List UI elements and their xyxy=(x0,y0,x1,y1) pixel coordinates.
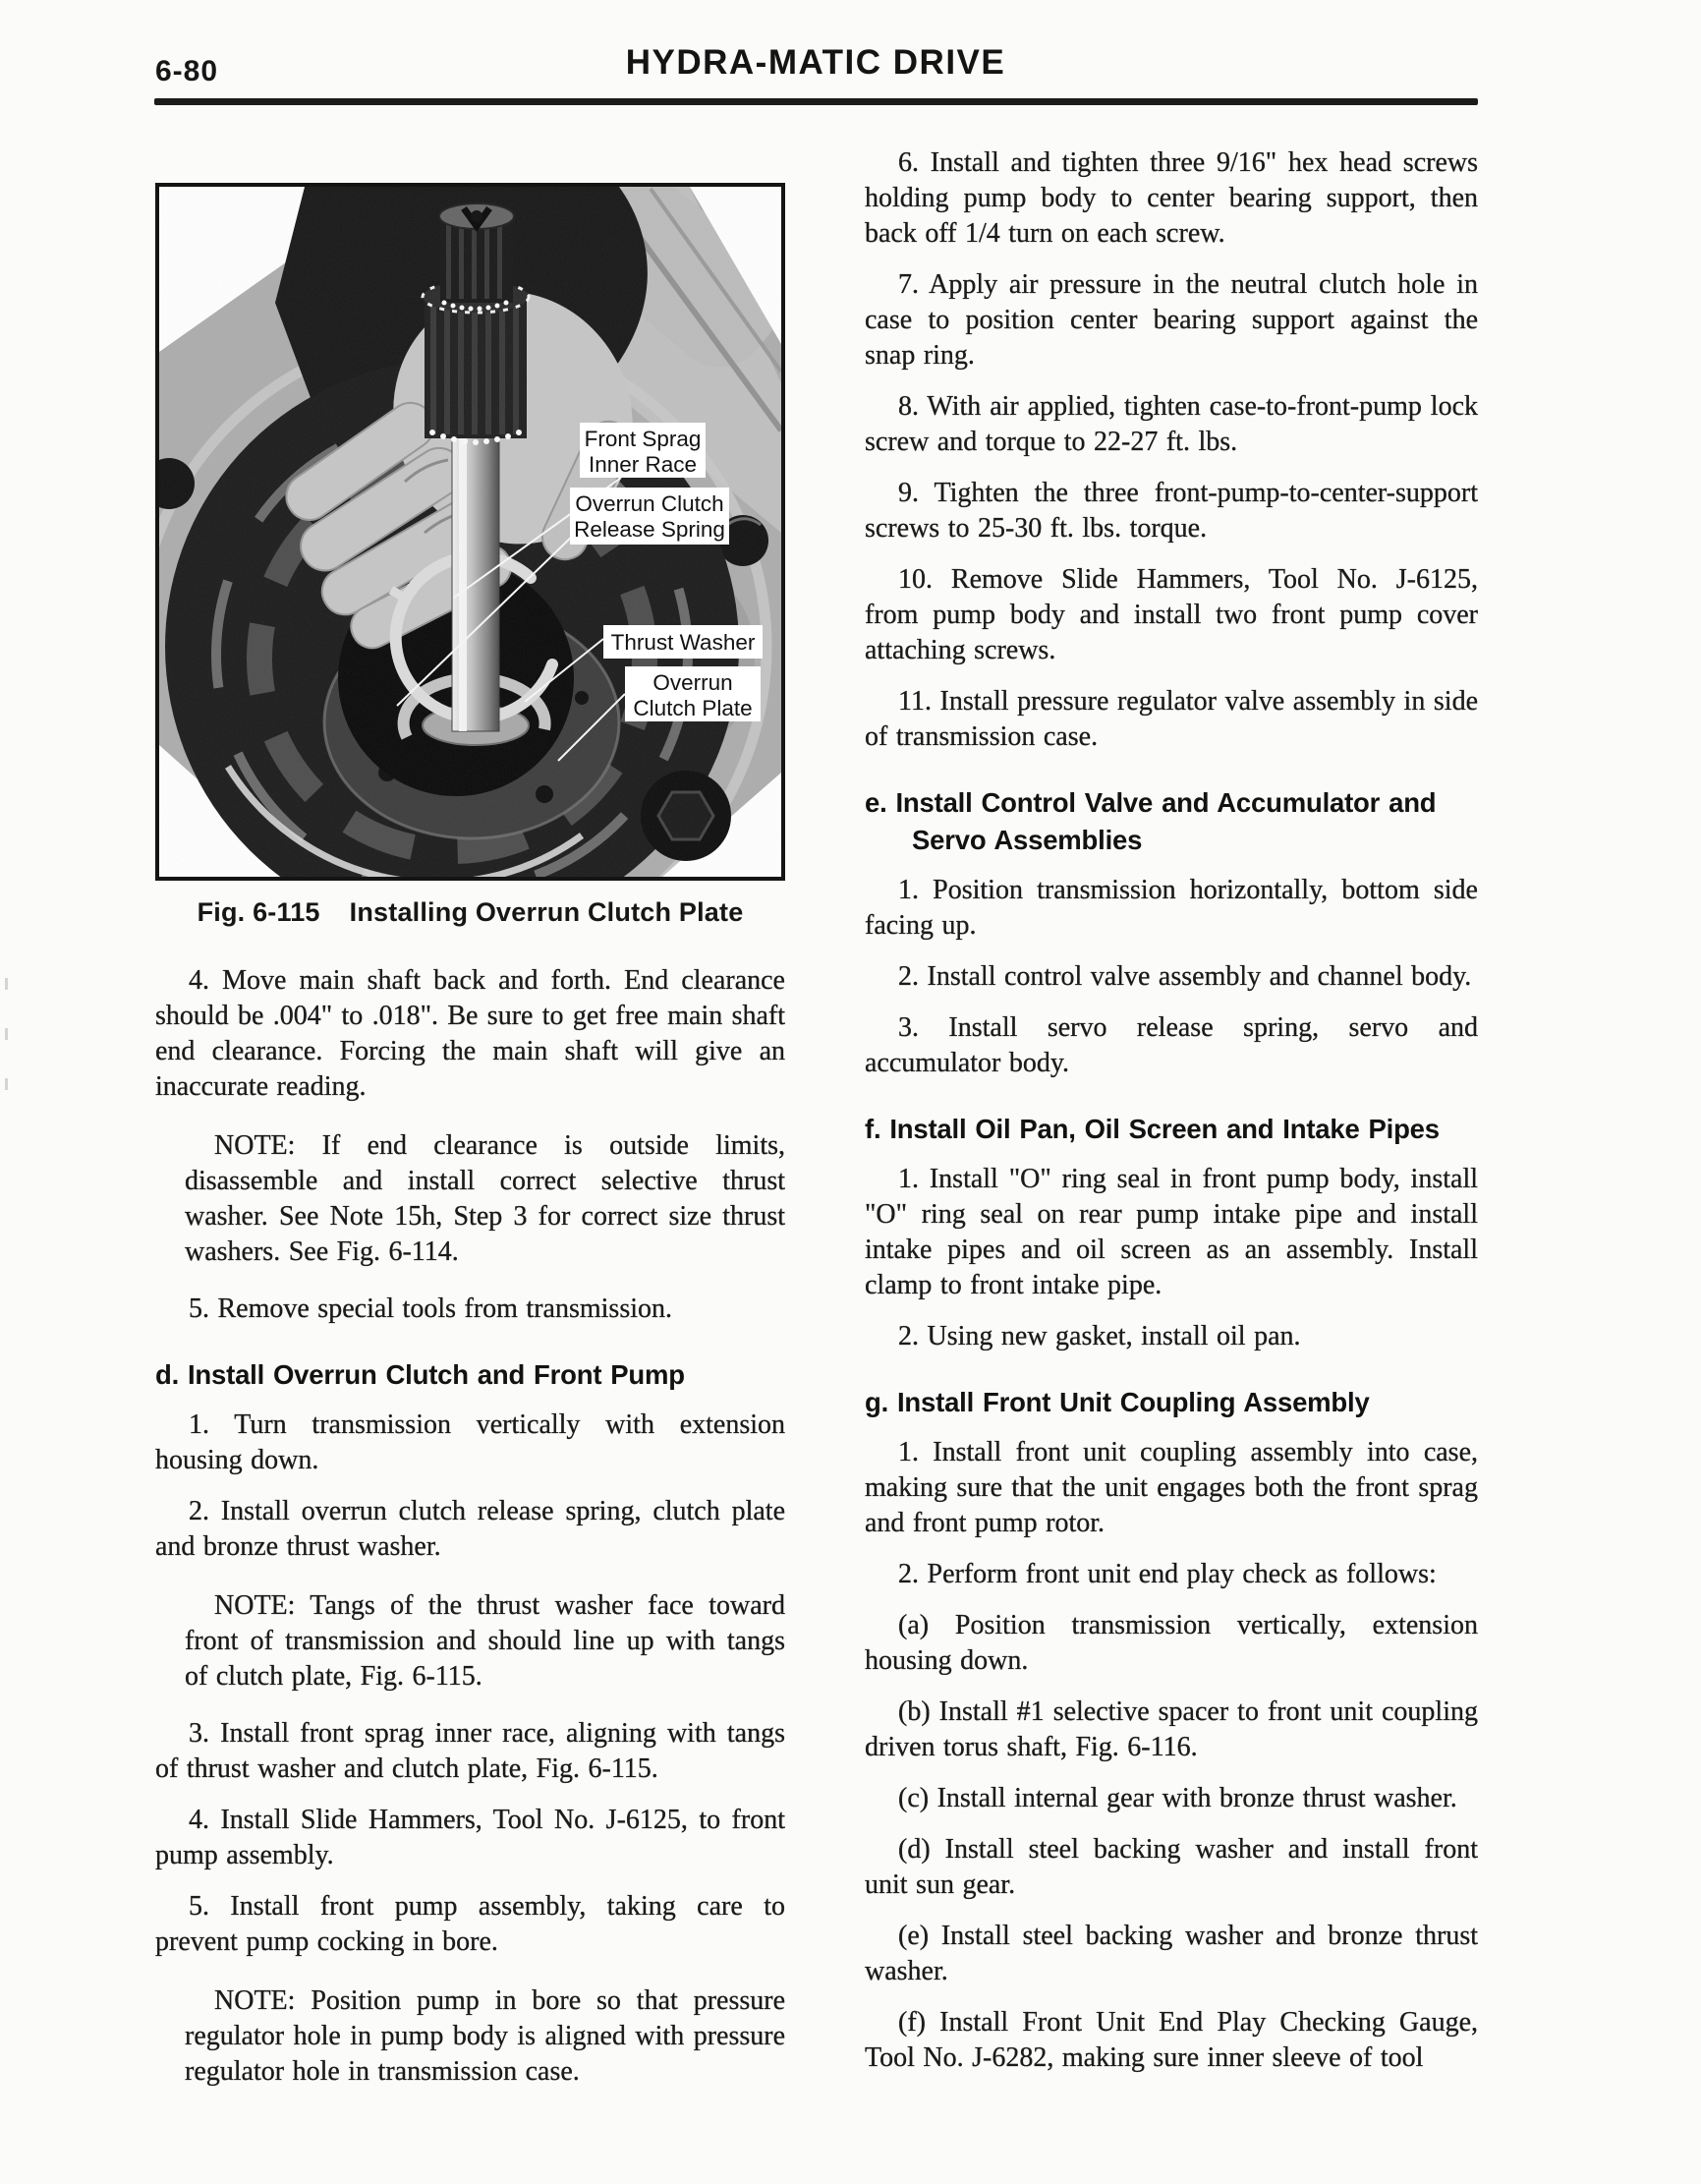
figure-6-115: Front Sprag Inner Race Overrun Clutch Re… xyxy=(155,183,785,930)
step-paragraph: 1. Install "O" ring seal in front pump b… xyxy=(865,1162,1478,1303)
figure-caption-number: Fig. 6-115 xyxy=(198,897,320,927)
figure-label-release-spring: Overrun Clutch Release Spring xyxy=(570,488,729,545)
figure-label-text: Release Spring xyxy=(574,517,725,542)
figure-label-front-sprag: Front Sprag Inner Race xyxy=(580,423,706,478)
step-paragraph: 9. Tighten the three front-pump-to-cente… xyxy=(865,476,1478,546)
step-paragraph: (a) Position transmission vertically, ex… xyxy=(865,1608,1478,1679)
left-column-text: 4. Move main shaft back and forth. End c… xyxy=(155,963,785,2090)
step-paragraph: 5. Remove special tools from transmissio… xyxy=(155,1292,785,1327)
figure-label-text: Overrun xyxy=(652,670,732,695)
section-heading: g. Install Front Unit Coupling Assembly xyxy=(865,1384,1478,1421)
left-column: Front Sprag Inner Race Overrun Clutch Re… xyxy=(155,183,785,2090)
figure-label-text: Front Sprag xyxy=(585,427,702,451)
page-title: HYDRA-MATIC DRIVE xyxy=(154,43,1477,83)
section-heading: e. Install Control Valve and Accumulator… xyxy=(865,784,1478,859)
step-paragraph: 2. Using new gasket, install oil pan. xyxy=(865,1319,1478,1354)
step-paragraph: 11. Install pressure regulator valve ass… xyxy=(865,684,1478,755)
step-paragraph: (b) Install #1 selective spacer to front… xyxy=(865,1695,1478,1765)
step-paragraph: 2. Install overrun clutch release spring… xyxy=(155,1494,785,1565)
scan-artifact xyxy=(5,978,8,990)
header-rule xyxy=(154,98,1478,105)
note-paragraph: NOTE: If end clearance is outside limits… xyxy=(185,1128,785,1270)
section-heading: d. Install Overrun Clutch and Front Pump xyxy=(155,1356,785,1394)
figure-caption: Fig. 6-115Installing Overrun Clutch Plat… xyxy=(155,894,785,930)
step-paragraph: (c) Install internal gear with bronze th… xyxy=(865,1781,1478,1816)
figure-label-thrust-washer: Thrust Washer xyxy=(603,625,763,659)
scan-artifact xyxy=(5,1028,8,1040)
figure-photo-svg: Front Sprag Inner Race Overrun Clutch Re… xyxy=(159,187,781,877)
step-paragraph: 1. Position transmission horizontally, b… xyxy=(865,873,1478,944)
step-paragraph: 1. Install front unit coupling assembly … xyxy=(865,1435,1478,1541)
figure-photo: Front Sprag Inner Race Overrun Clutch Re… xyxy=(155,183,785,881)
step-paragraph: 10. Remove Slide Hammers, Tool No. J-612… xyxy=(865,562,1478,668)
scan-artifact xyxy=(5,1078,8,1090)
step-paragraph: 1. Turn transmission vertically with ext… xyxy=(155,1408,785,1478)
step-paragraph: 6. Install and tighten three 9/16" hex h… xyxy=(865,145,1478,252)
figure-label-text: Thrust Washer xyxy=(611,630,756,655)
step-paragraph: (f) Install Front Unit End Play Checking… xyxy=(865,2005,1478,2076)
figure-label-clutch-plate: Overrun Clutch Plate xyxy=(625,666,761,721)
note-paragraph: NOTE: Position pump in bore so that pres… xyxy=(185,1983,785,2090)
step-paragraph: 8. With air applied, tighten case-to-fro… xyxy=(865,389,1478,460)
right-column-text: 6. Install and tighten three 9/16" hex h… xyxy=(865,145,1478,2076)
right-column: 6. Install and tighten three 9/16" hex h… xyxy=(865,145,1478,2076)
figure-caption-title: Installing Overrun Clutch Plate xyxy=(350,897,744,927)
note-paragraph: NOTE: Tangs of the thrust washer face to… xyxy=(185,1588,785,1695)
figure-label-text: Clutch Plate xyxy=(633,696,752,720)
figure-label-text: Overrun Clutch xyxy=(575,491,723,516)
step-paragraph: 7. Apply air pressure in the neutral clu… xyxy=(865,267,1478,374)
figure-label-text: Inner Race xyxy=(589,452,697,477)
step-paragraph: 2. Perform front unit end play check as … xyxy=(865,1557,1478,1592)
step-paragraph: 3. Install servo release spring, servo a… xyxy=(865,1010,1478,1081)
step-paragraph: 5. Install front pump assembly, taking c… xyxy=(155,1889,785,1960)
section-heading: f. Install Oil Pan, Oil Screen and Intak… xyxy=(865,1111,1478,1148)
step-paragraph: (d) Install steel backing washer and ins… xyxy=(865,1832,1478,1903)
step-paragraph: 4. Move main shaft back and forth. End c… xyxy=(155,963,785,1105)
step-paragraph: 3. Install front sprag inner race, align… xyxy=(155,1716,785,1787)
manual-page: 6-80 HYDRA-MATIC DRIVE xyxy=(0,0,1701,2184)
step-paragraph: 2. Install control valve assembly and ch… xyxy=(865,959,1478,995)
step-paragraph: 4. Install Slide Hammers, Tool No. J-612… xyxy=(155,1803,785,1873)
step-paragraph: (e) Install steel backing washer and bro… xyxy=(865,1919,1478,1989)
